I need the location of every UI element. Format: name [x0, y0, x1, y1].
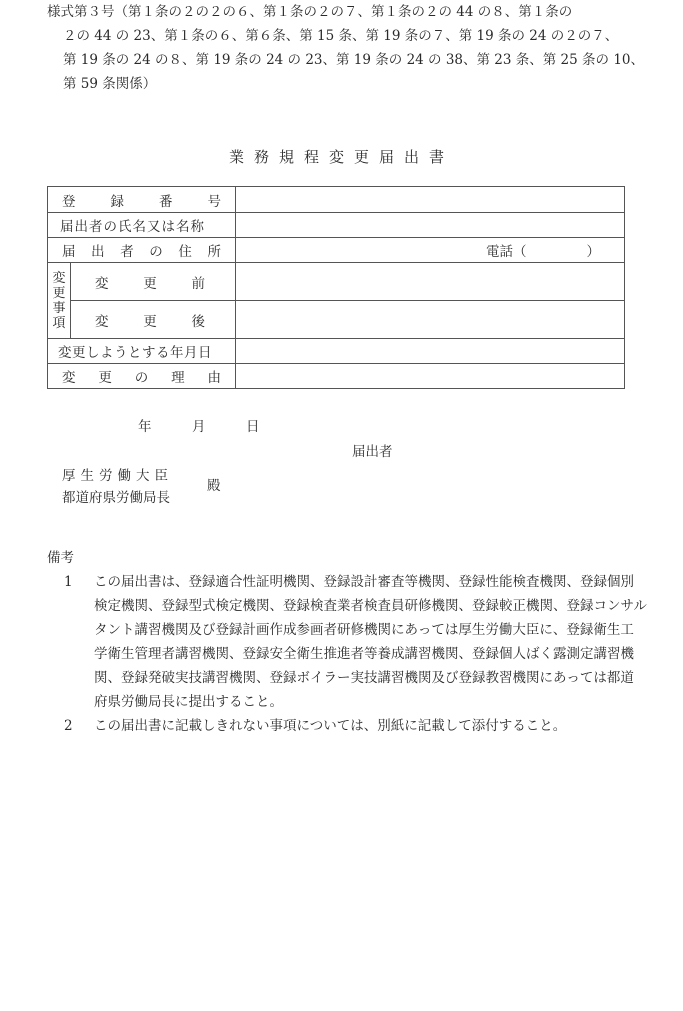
label-char: 登: [62, 190, 76, 210]
remarks-title: 備考: [47, 546, 74, 566]
label-char: 更: [143, 310, 157, 330]
submitter-label: 届出者: [352, 440, 393, 460]
label-char: 変: [95, 310, 109, 330]
form-caption-line: 第 19 条の 24 の８、第 19 条の 24 の 23、第 19 条の 24…: [47, 48, 647, 72]
addressee-minister: 厚生労働大臣: [62, 465, 173, 487]
applicant-name-label-text: 届出者の氏名又は名称: [48, 215, 235, 235]
label-char: 録: [111, 190, 125, 210]
phone-number: 電話（ ）: [236, 240, 624, 260]
form-caption: 様式第３号（第１条の２の２の６、第１条の２の７、第１条の２の 44 の８、第１条…: [47, 0, 647, 96]
row-applicant-address: 届 出 者 の 住 所 電話（ ）: [48, 238, 625, 263]
change-after-field[interactable]: [236, 301, 625, 339]
label-char: 出: [91, 240, 105, 260]
addressee-bureau-director: 都道府県労働局長: [62, 487, 173, 509]
remark-item: 2 この届出書に記載しきれない事項については、別紙に記載して添付すること。: [62, 714, 647, 738]
applicant-address-label: 届 出 者 の 住 所: [48, 238, 236, 263]
remark-item: 1 この届出書は、登録適合性証明機関、登録設計審査等機関、登録性能検査機関、登録…: [62, 570, 647, 714]
label-char: 後: [192, 310, 206, 330]
phone-close: ）: [587, 240, 601, 260]
label-char: 変: [95, 272, 109, 292]
applicant-name-field[interactable]: [236, 213, 625, 238]
label-char: 変: [48, 271, 70, 286]
label-char: 前: [192, 272, 206, 292]
label-char: 者: [120, 240, 134, 260]
change-date-label: 変更しようとする年月日: [48, 339, 236, 364]
honorific: 殿: [207, 474, 221, 494]
label-char: 住: [178, 240, 192, 260]
label-char: 由: [208, 366, 222, 386]
remark-number: 1: [62, 570, 94, 714]
remark-number: 2: [62, 714, 94, 738]
change-date-label-text: 変更しようとする年月日: [48, 341, 235, 361]
label-char: 理: [171, 366, 185, 386]
label-char: の: [135, 366, 149, 386]
registration-number-field[interactable]: [236, 187, 625, 213]
label-char: 番: [159, 190, 173, 210]
label-char: の: [149, 240, 163, 260]
label-char: 更: [143, 272, 157, 292]
row-change-date: 変更しようとする年月日: [48, 339, 625, 364]
submission-date: 年 月 日: [138, 415, 260, 435]
label-char: 事: [48, 301, 70, 316]
addressee: 厚生労働大臣 都道府県労働局長: [62, 465, 173, 509]
remark-text: この届出書は、登録適合性証明機関、登録設計審査等機関、登録性能検査機関、登録個別…: [94, 570, 647, 714]
label-char: 更: [98, 366, 112, 386]
applicant-address-field[interactable]: 電話（ ）: [236, 238, 625, 263]
label-char: 届: [62, 240, 76, 260]
remark-text: この届出書に記載しきれない事項については、別紙に記載して添付すること。: [94, 714, 647, 738]
change-reason-field[interactable]: [236, 364, 625, 389]
phone-label: 電話（: [486, 240, 527, 260]
remarks-list: 1 この届出書は、登録適合性証明機関、登録設計審査等機関、登録性能検査機関、登録…: [62, 570, 647, 738]
change-before-field[interactable]: [236, 263, 625, 301]
notification-form-table: 登 録 番 号 届出者の氏名又は名称 届 出 者 の 住 所 電話（: [47, 186, 625, 389]
label-char: 号: [208, 190, 222, 210]
phone-field[interactable]: [527, 240, 587, 260]
applicant-name-label: 届出者の氏名又は名称: [48, 213, 236, 238]
change-date-field[interactable]: [236, 339, 625, 364]
label-char: 更: [48, 286, 70, 301]
form-caption-line: ２の 44 の 23、第１条の６、第６条、第 15 条、第 19 条の７、第 1…: [47, 24, 647, 48]
row-change-before: 変 更 事 項 変 更 前: [48, 263, 625, 301]
change-before-label: 変 更 前: [71, 263, 236, 301]
row-registration-number: 登 録 番 号: [48, 187, 625, 213]
form-caption-line: 様式第３号（第１条の２の２の６、第１条の２の７、第１条の２の 44 の８、第１条…: [47, 0, 647, 24]
change-reason-label: 変 更 の 理 由: [48, 364, 236, 389]
form-caption-line: 第 59 条関係）: [47, 72, 647, 96]
label-char: 項: [48, 316, 70, 331]
row-change-after: 変 更 後: [48, 301, 625, 339]
registration-number-label: 登 録 番 号: [48, 187, 236, 213]
label-char: 所: [207, 240, 221, 260]
row-change-reason: 変 更 の 理 由: [48, 364, 625, 389]
label-char: 変: [62, 366, 76, 386]
row-applicant-name: 届出者の氏名又は名称: [48, 213, 625, 238]
change-after-label: 変 更 後: [71, 301, 236, 339]
document-title: 業務規程変更届出書: [0, 146, 683, 167]
change-items-group-label: 変 更 事 項: [48, 263, 71, 339]
